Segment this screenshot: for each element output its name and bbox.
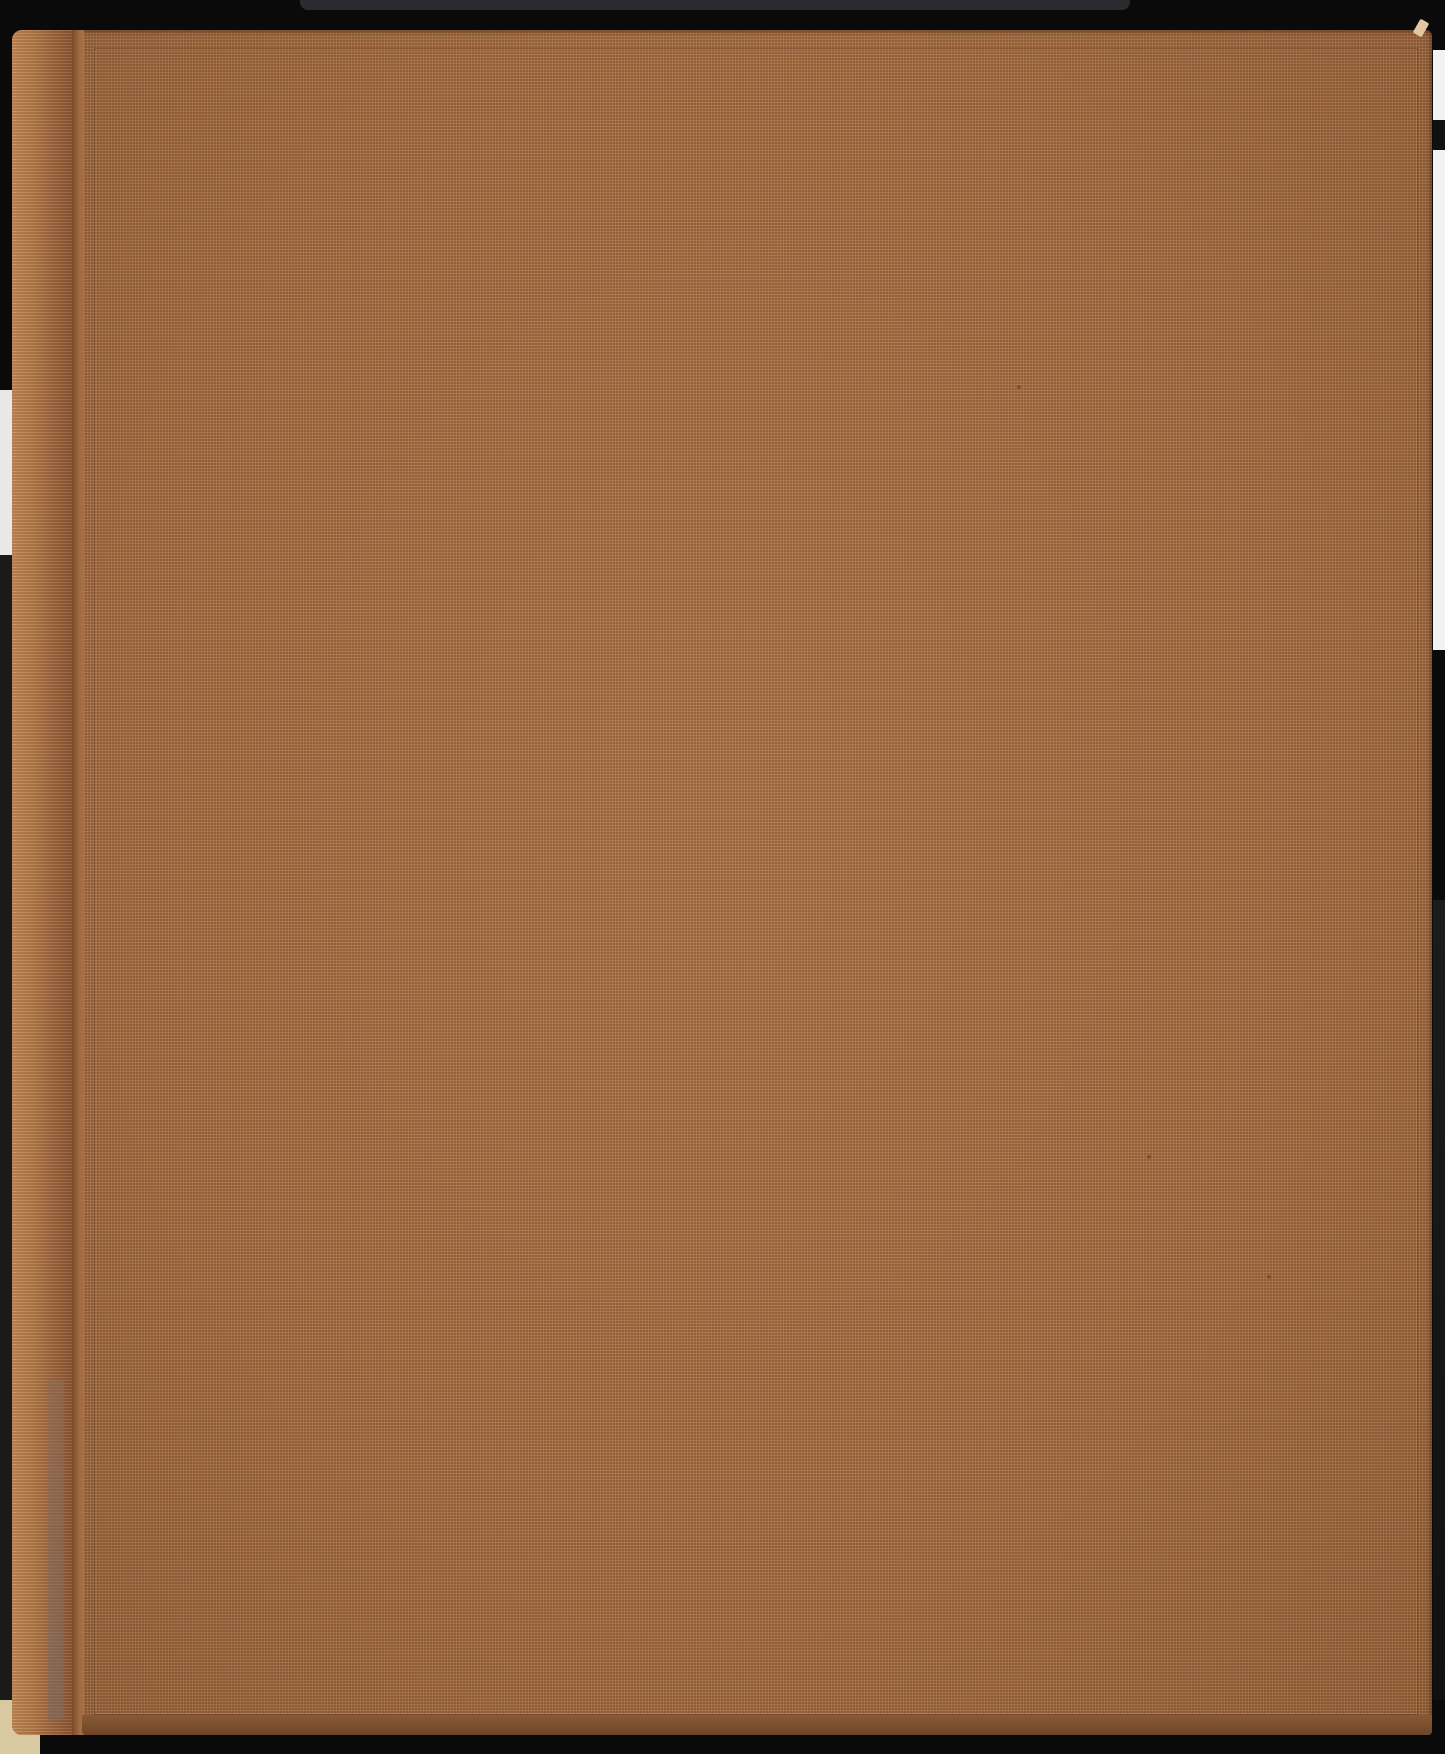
spine-wear <box>48 1380 64 1720</box>
blind-stamped-border <box>94 48 1418 1715</box>
background-right-mark <box>1433 120 1445 150</box>
book-hinge <box>72 30 84 1735</box>
cloth-speck <box>1147 1155 1151 1159</box>
bottom-edge <box>82 1715 1432 1735</box>
background-right-lower <box>1433 900 1445 1700</box>
cloth-speck <box>1017 385 1021 389</box>
background-device-bar <box>300 0 1130 10</box>
cloth-speck <box>1267 1275 1271 1279</box>
book-cover <box>12 30 1432 1735</box>
corner-fray <box>1413 19 1430 38</box>
